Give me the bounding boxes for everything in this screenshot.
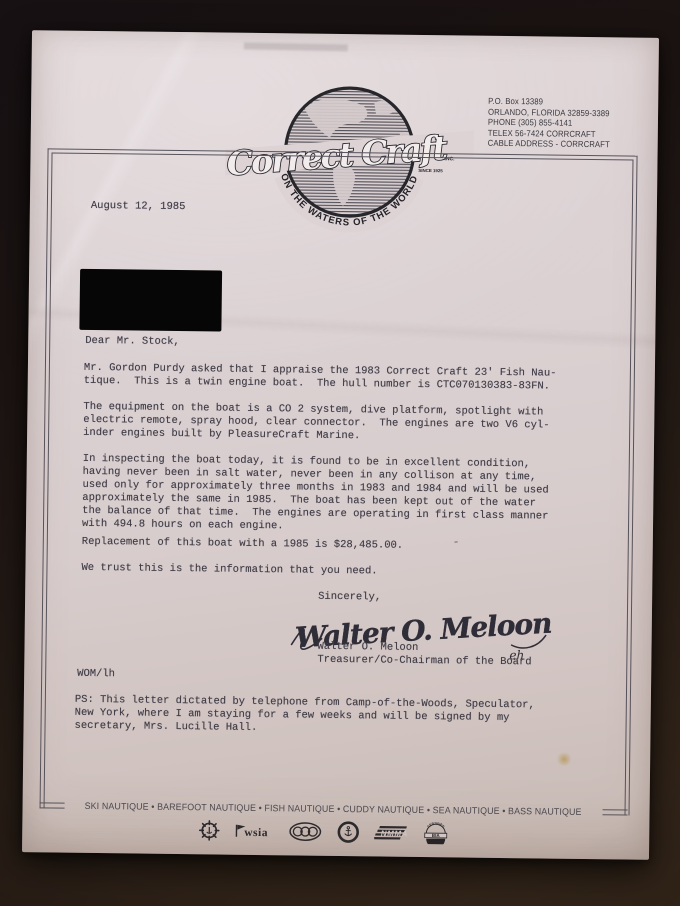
wsia-flag-icon: wsia <box>234 822 274 839</box>
footer-rule-left <box>40 802 66 808</box>
letter-date: August 12, 1985 <box>91 200 186 214</box>
svg-text:NMMA: NMMA <box>381 829 408 838</box>
svg-text:BIA: BIA <box>432 833 441 838</box>
photo-scene: Correct Craft INC. SINCE 1925 ON THE WAT… <box>0 0 680 906</box>
paragraph-inspection: In inspecting the boat today, it is foun… <box>82 453 549 537</box>
three-rings-icon <box>288 821 322 841</box>
salutation: Dear Mr. Stock, <box>85 335 180 349</box>
reference-initials: WOM/lh <box>77 668 115 681</box>
anchor-seal-icon <box>336 820 360 844</box>
footer-logos: wsia NM <box>10 815 637 849</box>
tape-mark <box>244 42 348 51</box>
svg-text:CERTIFIED: CERTIFIED <box>426 822 446 829</box>
letterhead-address: P.O. Box 13389 ORLANDO, FLORIDA 32859-33… <box>488 96 611 150</box>
redacted-recipient-address <box>79 269 222 332</box>
footer-rule-right <box>602 809 628 815</box>
svg-text:wsia: wsia <box>244 826 268 838</box>
letter-document: Correct Craft INC. SINCE 1925 ON THE WAT… <box>22 30 659 860</box>
signer-title: Treasurer/Co-Chairman of the Board <box>317 654 531 670</box>
ships-wheel-icon <box>198 819 220 841</box>
postscript: PS: This letter dictated by telephone fr… <box>74 694 534 739</box>
nmma-waves-icon: NMMA <box>374 824 408 840</box>
signer-name: Walter O. Meloon <box>317 641 418 655</box>
bia-certified-icon: CERTIFIED BIA <box>422 822 449 844</box>
stain <box>556 753 572 766</box>
paragraph-equipment: The equipment on the boat is a CO 2 syst… <box>83 401 550 446</box>
